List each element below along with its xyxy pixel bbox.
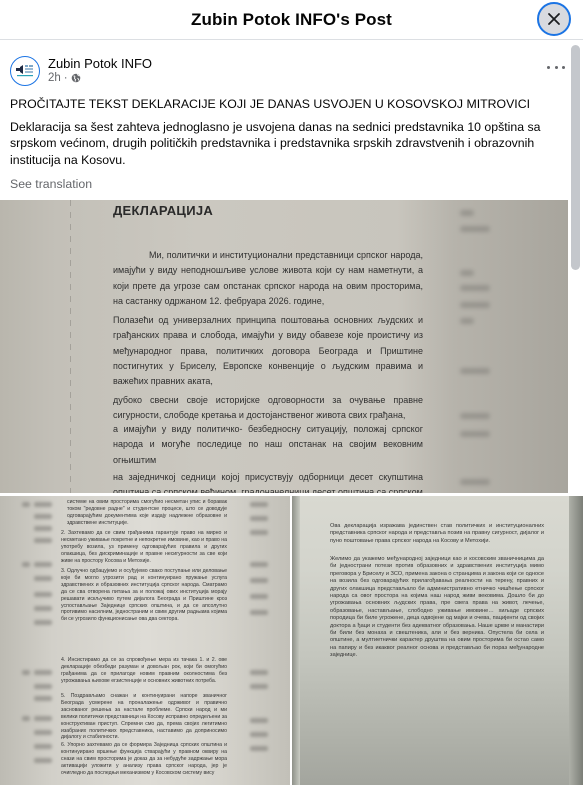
- blurred-text-fragment: [250, 610, 268, 615]
- photo-declaration-page-3[interactable]: Ова декларација изражава јединствен став…: [292, 496, 583, 785]
- scrollbar-thumb[interactable]: [571, 45, 580, 270]
- doc-heading: ДЕКЛАРАЦИЈА: [113, 203, 213, 218]
- meta-separator: ·: [64, 72, 68, 84]
- blurred-text-fragment: [250, 594, 268, 599]
- doc-paragraph: Полазећи од универзалних принципа поштов…: [113, 313, 423, 389]
- doc-paragraph: а имајући у виду политичко- безбедносну …: [113, 422, 423, 468]
- blurred-text-fragment: [460, 318, 474, 324]
- photo-declaration-page-2[interactable]: системе на овим просторима смогућио несм…: [0, 496, 290, 785]
- blurred-text-fragment: [250, 718, 268, 723]
- blurred-text-fragment: [22, 670, 30, 675]
- doc-paragraph: Желимо да укажемо међународној заједници…: [330, 556, 544, 660]
- blurred-text-fragment: [34, 538, 52, 543]
- blurred-text-fragment: [34, 670, 52, 675]
- post-text: PROČITAJTE TEKST DEKLARACIJE KOJI JE DAN…: [10, 96, 565, 168]
- doc-paragraph: 3. Одлучно одбацујемо и осуђујемо свако …: [61, 568, 227, 623]
- post-meta: 2h ·: [48, 72, 81, 84]
- page-avatar[interactable]: [10, 56, 40, 86]
- doc-paragraph: системе на овим просторима смогућио несм…: [67, 499, 227, 527]
- doc-paragraph: Ми, политички и институционални представ…: [113, 248, 423, 309]
- blurred-text-fragment: [34, 576, 52, 581]
- globe-icon[interactable]: [71, 73, 81, 83]
- blurred-text-fragment: [460, 210, 474, 216]
- blurred-text-fragment: [34, 696, 52, 701]
- photo-declaration-page-1[interactable]: ДЕКЛАРАЦИЈА Ми, политички и институциона…: [0, 200, 568, 493]
- blurred-text-fragment: [250, 530, 268, 535]
- blurred-text-fragment: [34, 744, 52, 749]
- dialog-header: Zubin Potok INFO's Post: [0, 0, 583, 40]
- blurred-text-fragment: [22, 716, 30, 721]
- blurred-text-fragment: [460, 368, 490, 374]
- doc-paragraph: на заједничкој седници којој присуствују…: [113, 470, 423, 493]
- blurred-text-fragment: [460, 413, 490, 419]
- blurred-text-fragment: [250, 502, 268, 507]
- scrollbar[interactable]: [568, 40, 583, 785]
- blurred-text-fragment: [34, 730, 52, 735]
- doc-paragraph: Ова декларација изражава јединствен став…: [330, 523, 544, 545]
- doc-paragraph: 2. Захтевамо да се свим грађанима гарант…: [61, 530, 227, 565]
- blurred-text-fragment: [250, 578, 268, 583]
- post-header: Zubin Potok INFO 2h ·: [0, 40, 568, 92]
- blurred-text-fragment: [34, 526, 52, 531]
- more-horizontal-icon: [547, 66, 550, 69]
- close-button[interactable]: [537, 2, 571, 36]
- zubin-potok-logo-icon: [15, 64, 35, 78]
- doc-paragraph: 5. Поздрављамо снажан и континуирани нап…: [61, 693, 227, 741]
- blurred-text-fragment: [460, 270, 474, 276]
- post-body: Deklaracija sa šest zahteva jednoglasno …: [10, 119, 565, 169]
- blurred-text-fragment: [34, 592, 52, 597]
- post-time[interactable]: 2h: [48, 72, 61, 84]
- blurred-text-fragment: [34, 620, 52, 625]
- blurred-text-fragment: [460, 479, 490, 485]
- close-icon: [547, 12, 561, 26]
- blurred-text-fragment: [250, 516, 268, 521]
- doc-paragraph: дубоко свесни своје историјске одговорно…: [113, 393, 423, 424]
- blurred-text-fragment: [34, 514, 52, 519]
- author-name[interactable]: Zubin Potok INFO: [48, 56, 152, 71]
- see-translation-link[interactable]: See translation: [10, 177, 92, 191]
- blurred-text-fragment: [34, 606, 52, 611]
- blurred-text-fragment: [250, 562, 268, 567]
- doc-paragraph: 4. Инсистирамо да се за спровођење мера …: [61, 657, 227, 685]
- blurred-text-fragment: [34, 562, 52, 567]
- blurred-text-fragment: [460, 285, 490, 291]
- blurred-text-fragment: [460, 226, 490, 232]
- blurred-text-fragment: [22, 502, 30, 507]
- blurred-text-fragment: [250, 684, 268, 689]
- blurred-text-fragment: [34, 758, 52, 763]
- post-options-button[interactable]: [547, 62, 565, 72]
- blurred-text-fragment: [460, 431, 490, 437]
- blurred-text-fragment: [34, 716, 52, 721]
- dialog-title: Zubin Potok INFO's Post: [191, 10, 392, 30]
- post-headline: PROČITAJTE TEKST DEKLARACIJE KOJI JE DAN…: [10, 96, 565, 113]
- blurred-text-fragment: [250, 746, 268, 751]
- blurred-text-fragment: [34, 502, 52, 507]
- doc-paragraph: 6. Упорно захтевамо да се формира Заједн…: [61, 742, 227, 777]
- blurred-text-fragment: [460, 302, 490, 308]
- blurred-text-fragment: [250, 670, 268, 675]
- blurred-text-fragment: [250, 732, 268, 737]
- blurred-text-fragment: [34, 684, 52, 689]
- blurred-text-fragment: [22, 562, 30, 567]
